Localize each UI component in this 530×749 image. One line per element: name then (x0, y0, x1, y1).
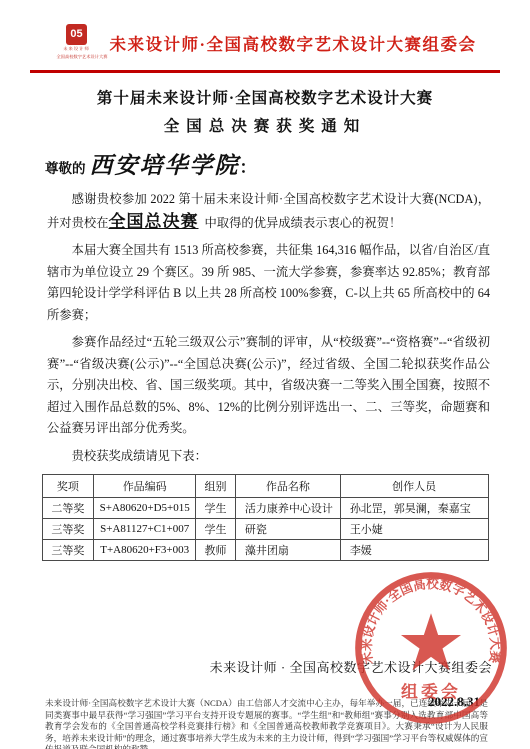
document-subtitle: 全国总决赛获奖通知 (0, 114, 530, 136)
org-logo-caption-line1: 未 来 设 计 师 (57, 47, 96, 52)
paragraph-thanks: 感谢贵校参加 2022 第十届未来设计师·全国高校数字艺术设计大赛(NCDA)，… (47, 189, 490, 234)
letter-body: 感谢贵校参加 2022 第十届未来设计师·全国高校数字艺术设计大赛(NCDA)，… (47, 189, 490, 467)
letterhead: 05 未 来 设 计 师 全国高校数字艺术设计大赛 未来设计师·全国高校数字艺术… (0, 0, 530, 61)
cell-group: 教师 (196, 540, 236, 561)
paragraph-thanks-tail: 中取得的优异成绩表示衷心的祝贺！ (205, 216, 402, 230)
cell-creators: 孙北罡，郭昊澜，秦嘉宝 (340, 498, 488, 519)
header-group: 组别 (196, 475, 236, 498)
letterhead-divider (30, 70, 500, 73)
cell-code: T+A80620+F3+003 (94, 540, 196, 561)
org-logo-caption-line2: 全国高校数字艺术设计大赛 (57, 55, 96, 60)
header-award: 奖项 (42, 475, 94, 498)
awards-table: 奖项 作品编码 组别 作品名称 创作人员 二等奖 S+A80620+D5+015… (42, 474, 489, 561)
paragraph-review-process: 参赛作品经过“五轮三级双公示”赛制的评审，从“校级赛”--“资格赛”--“省级初… (47, 332, 490, 440)
cell-work-name: 藻井团扇 (235, 540, 340, 561)
cell-creators: 王小婕 (340, 519, 488, 540)
cell-work-name: 研瓷 (235, 519, 340, 540)
salutation: 尊敬的 西安培华学院 ： (45, 147, 490, 180)
org-logo-seal-icon: 05 (66, 24, 87, 45)
national-final-highlight: 全国总决赛 (109, 212, 205, 231)
cell-work-name: 活力康养中心设计 (235, 498, 340, 519)
organization-name: 未来设计师·全国高校数字艺术设计大赛组委会 (109, 31, 476, 55)
award-notice-document: 05 未 来 设 计 师 全国高校数字艺术设计大赛 未来设计师·全国高校数字艺术… (0, 0, 530, 749)
cell-group: 学生 (196, 519, 236, 540)
cell-code: S+A81127+C1+007 (94, 519, 196, 540)
header-code: 作品编码 (94, 475, 196, 498)
paragraph-statistics: 本届大赛全国共有 1513 所高校参赛，共征集 164,316 幅作品，以省/自… (47, 240, 490, 326)
salutation-prefix: 尊敬的 (45, 157, 86, 177)
cell-creators: 李媛 (340, 540, 488, 561)
document-title: 第十届未来设计师·全国高校数字艺术设计大赛 (0, 86, 530, 108)
table-row: 三等奖 T+A80620+F3+003 教师 藻井团扇 李媛 (42, 540, 488, 561)
stamp-star-icon (401, 613, 461, 670)
awards-table-header-row: 奖项 作品编码 组别 作品名称 创作人员 (42, 475, 488, 498)
org-logo: 05 未 来 设 计 师 全国高校数字艺术设计大赛 (53, 24, 99, 61)
paragraph-table-intro: 贵校获奖成绩请见下表： (47, 446, 490, 468)
cell-group: 学生 (196, 498, 236, 519)
cell-award: 三等奖 (42, 540, 94, 561)
table-row: 二等奖 S+A80620+D5+015 学生 活力康养中心设计 孙北罡，郭昊澜，… (42, 498, 488, 519)
header-creators: 创作人员 (340, 475, 488, 498)
salutation-colon: ： (240, 153, 257, 178)
cell-award: 三等奖 (42, 519, 94, 540)
cell-award: 二等奖 (42, 498, 94, 519)
header-work-name: 作品名称 (235, 475, 340, 498)
stamp-bottom-text: 组委会 (401, 682, 461, 702)
cell-code: S+A80620+D5+015 (94, 498, 196, 519)
school-name: 西安培华学院 (90, 147, 240, 180)
table-row: 三等奖 S+A81127+C1+007 学生 研瓷 王小婕 (42, 519, 488, 540)
official-stamp: 未来设计师·全国高校数字艺术设计大赛 组委会 (352, 569, 510, 727)
